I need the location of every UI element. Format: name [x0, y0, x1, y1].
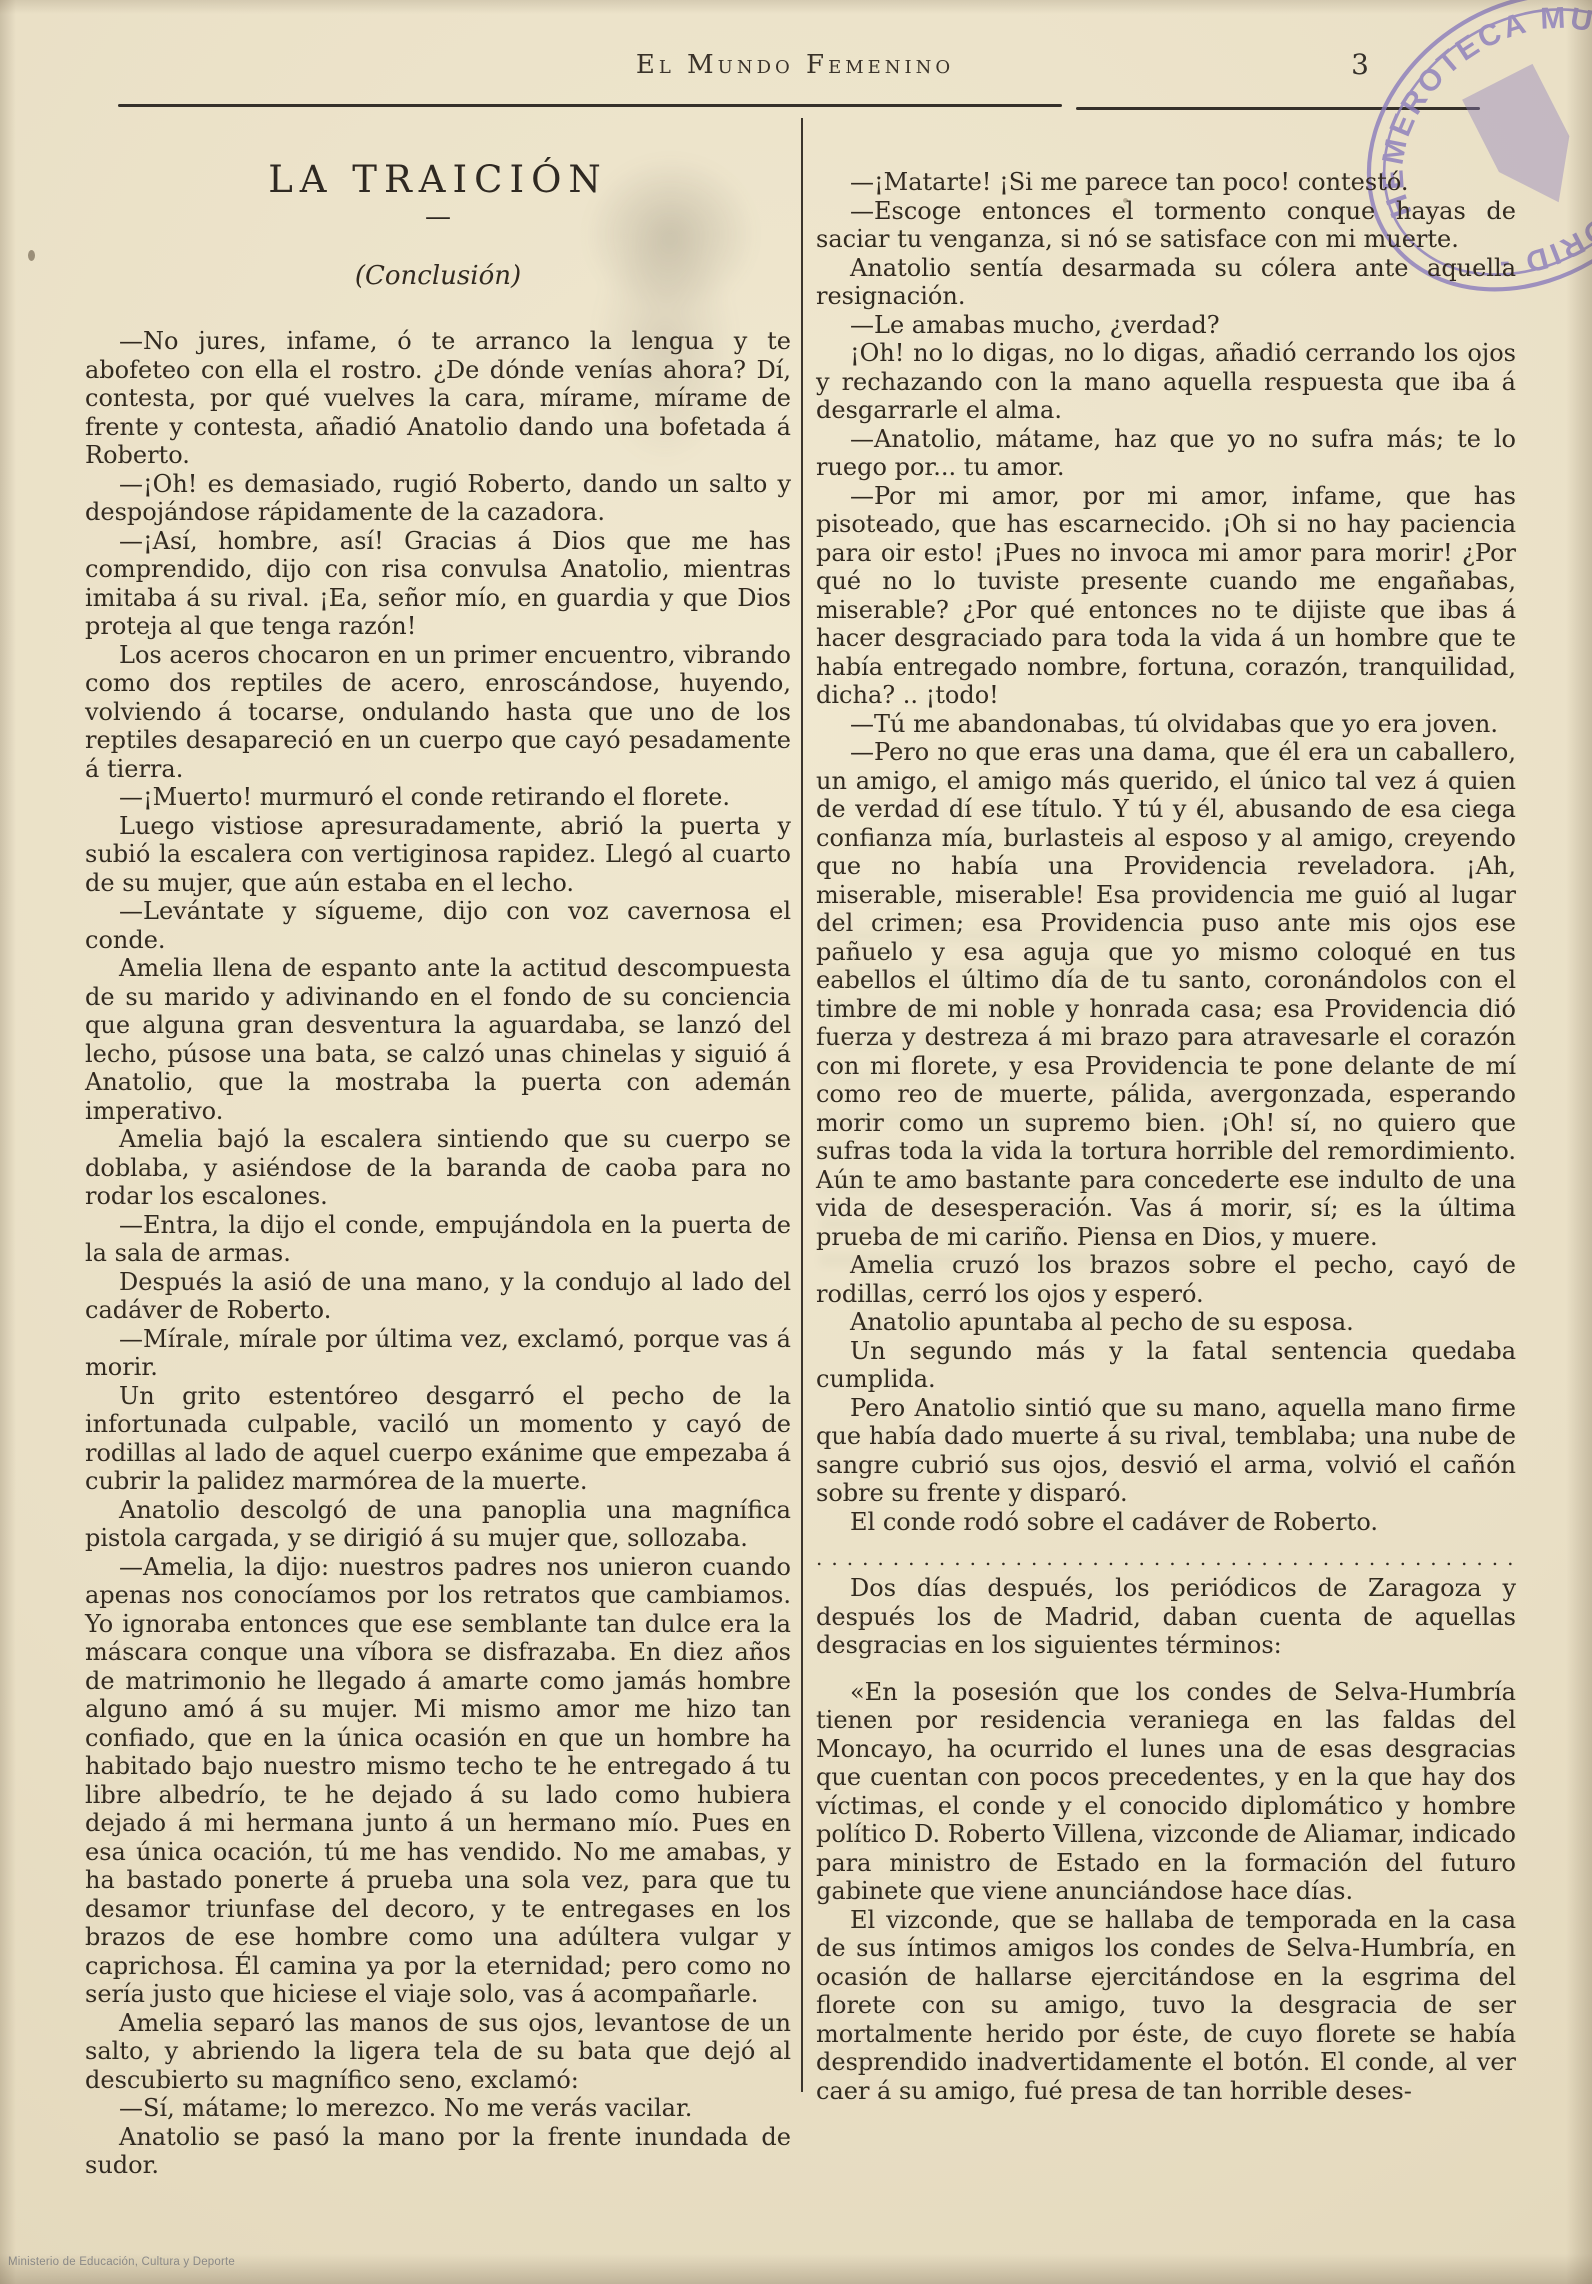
paragraph: —Le amabas mucho, ¿verdad? — [816, 311, 1516, 340]
paragraph: Amelia separó las manos de sus ojos, lev… — [85, 2009, 791, 2095]
left-column-paragraphs: —No jures, infame, ó te arranco la lengu… — [85, 327, 791, 2180]
title-rule-dash: — — [85, 207, 791, 227]
paragraph: Anatolio se pasó la mano por la frente i… — [85, 2123, 791, 2180]
article-subtitle: (Conclusión) — [85, 261, 791, 291]
paragraph: Amelia llena de espanto ante la actitud … — [85, 954, 791, 1125]
paragraph: Un grito estentóreo desgarró el pecho de… — [85, 1382, 791, 1496]
paragraph: —Mírale, mírale por última vez, exclamó,… — [85, 1325, 791, 1382]
journal-masthead: El Mundo Femenino — [85, 50, 1505, 80]
paragraph: —¡Así, hombre, así! Gracias á Dios que m… — [85, 527, 791, 641]
paragraph: Amelia cruzó los brazos sobre el pecho, … — [816, 1251, 1516, 1308]
article-title: LA TRAICIÓN — [85, 158, 791, 201]
paragraph: Los aceros chocaron en un primer encuent… — [85, 641, 791, 784]
header-rule-right — [1076, 107, 1480, 110]
section-separator-dots: ........................................… — [816, 1546, 1516, 1574]
paragraph: Un segundo más y la fatal sentencia qued… — [816, 1337, 1516, 1394]
paragraph: «En la posesión que los condes de Selva-… — [816, 1678, 1516, 1906]
page-number: 3 — [1330, 48, 1390, 81]
paragraph: —Amelia, la dijo: nuestros padres nos un… — [85, 1553, 791, 2009]
paragraph: —No jures, infame, ó te arranco la lengu… — [85, 327, 791, 470]
paragraph: Pero Anatolio sintió que su mano, aquell… — [816, 1394, 1516, 1508]
paragraph: —Sí, mátame; lo merezco. No me verás vac… — [85, 2094, 791, 2123]
left-column: LA TRAICIÓN — (Conclusión) —No jures, in… — [85, 158, 791, 2180]
paragraph: Anatolio descolgó de una panoplia una ma… — [85, 1496, 791, 1553]
paragraph: —¡Muerto! murmuró el conde retirando el … — [85, 783, 791, 812]
paragraph: —Entra, la dijo el conde, empujándola en… — [85, 1211, 791, 1268]
paragraph: —Anatolio, mátame, haz que yo no sufra m… — [816, 425, 1516, 482]
paragraph: Luego vistiose apresuradamente, abrió la… — [85, 812, 791, 898]
right-column-paragraphs-before: —¡Matarte! ¡Si me parece tan poco! conte… — [816, 168, 1516, 1536]
paragraph: Después la asió de una mano, y la conduj… — [85, 1268, 791, 1325]
paper-speck — [28, 250, 35, 261]
paragraph: —Pero no que eras una dama, que él era u… — [816, 738, 1516, 1251]
paragraph: El conde rodó sobre el cadáver de Robert… — [816, 1508, 1516, 1537]
right-column-paragraphs-after: Dos días después, los periódicos de Zara… — [816, 1574, 1516, 2105]
paragraph: —¡Matarte! ¡Si me parece tan poco! conte… — [816, 168, 1516, 197]
paragraph: Dos días después, los periódicos de Zara… — [816, 1574, 1516, 1660]
scanned-page: El Mundo Femenino 3 HEMEROTECA MUNICIPAL… — [0, 0, 1592, 2284]
column-divider-rule — [801, 118, 803, 2092]
header-rule-left — [118, 104, 1062, 107]
paragraph: Anatolio apuntaba al pecho de su esposa. — [816, 1308, 1516, 1337]
right-column: —¡Matarte! ¡Si me parece tan poco! conte… — [816, 168, 1516, 2105]
paragraph: ¡Oh! no lo digas, no lo digas, añadió ce… — [816, 339, 1516, 425]
paragraph: —Tú me abandonabas, tú olvidabas que yo … — [816, 710, 1516, 739]
archive-watermark: Ministerio de Educación, Cultura y Depor… — [8, 2256, 235, 2268]
paragraph: —Por mi amor, por mi amor, infame, que h… — [816, 482, 1516, 710]
paragraph: —Escoge entonces el tormento conque haya… — [816, 197, 1516, 254]
paragraph: —¡Oh! es demasiado, rugió Roberto, dando… — [85, 470, 791, 527]
paragraph: —Levántate y sígueme, dijo con voz caver… — [85, 897, 791, 954]
paragraph: Anatolio sentía desarmada su cólera ante… — [816, 254, 1516, 311]
paragraph: El vizconde, que se hallaba de temporada… — [816, 1906, 1516, 2106]
paragraph: Amelia bajó la escalera sintiendo que su… — [85, 1125, 791, 1211]
